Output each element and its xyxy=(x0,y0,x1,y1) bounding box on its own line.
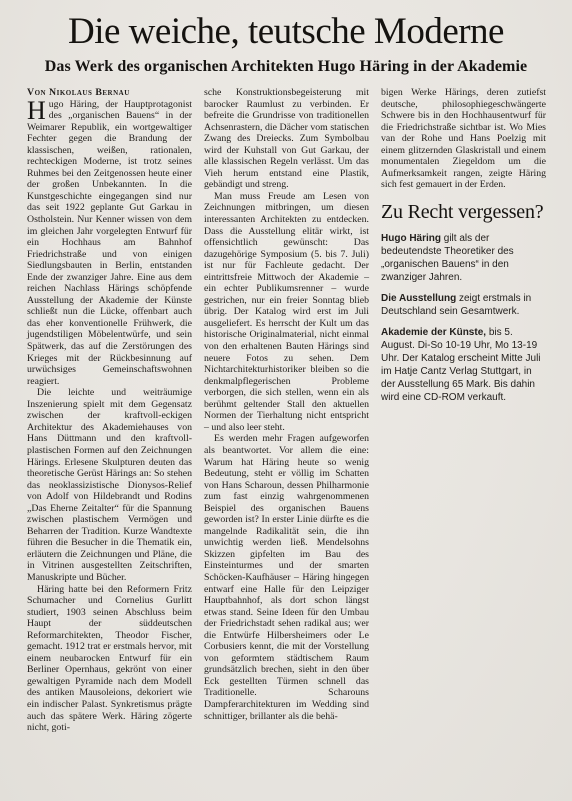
exhibition-infobox: Hugo Häring gilt als der bedeutendste Th… xyxy=(381,232,546,404)
paragraph: Es werden mehr Fragen aufgeworfen als be… xyxy=(204,433,369,722)
paragraph: Die leichte und weiträumige Inszenierung… xyxy=(27,387,192,583)
article-subtitle: Das Werk des organischen Architekten Hug… xyxy=(0,57,572,76)
info-paragraph: Die Ausstellung zeigt erstmals in Deutsc… xyxy=(381,292,546,318)
column-3: bigen Werke Härings, deren zutiefst deut… xyxy=(381,87,546,734)
drop-cap: H xyxy=(27,99,49,121)
paragraph: Man muss Freude am Lesen von Zeichnungen… xyxy=(204,191,369,433)
newspaper-page: Die weiche, teutsche Moderne Das Werk de… xyxy=(0,0,572,801)
paragraph: Hugo Häring, der Hauptprotagonist des „o… xyxy=(27,99,192,388)
masthead: Die weiche, teutsche Moderne Das Werk de… xyxy=(0,0,572,76)
column-1: Von Nikolaus Bernau Hugo Häring, der Hau… xyxy=(27,87,192,734)
info-lead: Akademie der Künste, xyxy=(381,327,486,338)
paragraph: sche Konstruktionsbegeisterung mit baroc… xyxy=(204,87,369,191)
info-text: bis 5. August. Di-So 10-19 Uhr, Mo 13-19… xyxy=(381,327,541,403)
column-2: sche Konstruktionsbegeisterung mit baroc… xyxy=(204,87,369,734)
section-heading: Zu Recht vergessen? xyxy=(381,201,546,223)
paragraph: Häring hatte bei den Reformern Fritz Sch… xyxy=(27,584,192,734)
info-paragraph: Hugo Häring gilt als der bedeutendste Th… xyxy=(381,232,546,284)
article-columns: Von Nikolaus Bernau Hugo Häring, der Hau… xyxy=(0,76,572,734)
paragraph: bigen Werke Härings, deren zutiefst deut… xyxy=(381,87,546,191)
info-lead: Hugo Häring xyxy=(381,233,441,244)
paragraph-text: ugo Häring, der Hauptprotagonist des „or… xyxy=(27,99,192,387)
info-lead: Die Ausstellung xyxy=(381,293,456,304)
info-paragraph: Akademie der Künste, bis 5. August. Di-S… xyxy=(381,326,546,404)
byline: Von Nikolaus Bernau xyxy=(27,87,192,99)
article-title: Die weiche, teutsche Moderne xyxy=(0,12,572,52)
